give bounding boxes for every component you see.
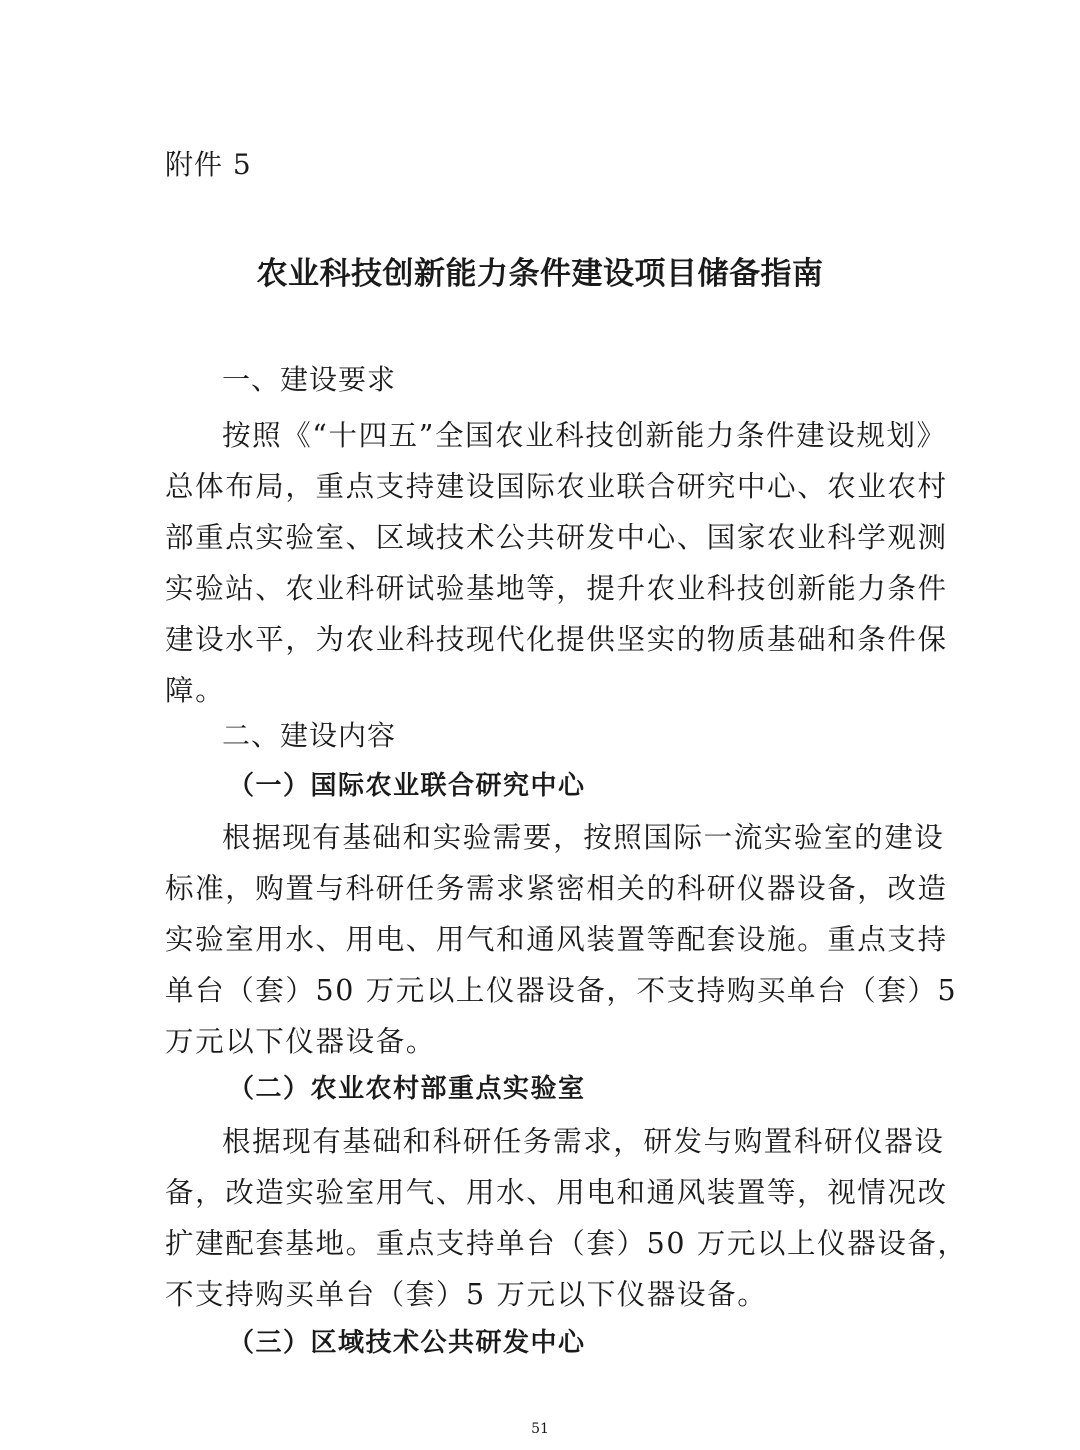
text-line: 备，改造实验室用气、用水、用电和通风装置等，视情况改: [165, 1167, 917, 1218]
document-page: 附件 5 农业科技创新能力条件建设项目储备指南 一、建设要求 按照《“十四五”全…: [0, 0, 1080, 1450]
text-line: 根据现有基础和实验需要，按照国际一流实验室的建设: [165, 812, 917, 863]
text-line: 障。: [165, 665, 917, 716]
text-line: 单台（套）50 万元以上仪器设备，不支持购买单台（套）5: [165, 965, 917, 1016]
paragraph-key-laboratory: 根据现有基础和科研任务需求，研发与购置科研仪器设 备，改造实验室用气、用水、用电…: [165, 1116, 917, 1320]
page-number: 51: [0, 1420, 1080, 1438]
document-title: 农业科技创新能力条件建设项目储备指南: [0, 252, 1080, 296]
section-heading-content: 二、建设内容: [222, 716, 396, 756]
subsection-heading-international-center: （一）国际农业联合研究中心: [228, 766, 586, 806]
text-line: 建设水平，为农业科技现代化提供坚实的物质基础和条件保: [165, 614, 917, 665]
attachment-label: 附件 5: [165, 145, 252, 185]
text-line: 实验室用水、用电、用气和通风装置等配套设施。重点支持: [165, 914, 917, 965]
text-line: 不支持购买单台（套）5 万元以下仪器设备。: [165, 1269, 917, 1320]
text-line: 部重点实验室、区域技术公共研发中心、国家农业科学观测: [165, 512, 917, 563]
paragraph-international-center: 根据现有基础和实验需要，按照国际一流实验室的建设 标准，购置与科研任务需求紧密相…: [165, 812, 917, 1067]
text-line: 标准，购置与科研任务需求紧密相关的科研仪器设备，改造: [165, 863, 917, 914]
subsection-heading-regional-center: （三）区域技术公共研发中心: [228, 1323, 586, 1363]
text-line: 根据现有基础和科研任务需求，研发与购置科研仪器设: [165, 1116, 917, 1167]
text-line: 扩建配套基地。重点支持单台（套）50 万元以上仪器设备，: [165, 1218, 917, 1269]
text-line: 总体布局，重点支持建设国际农业联合研究中心、农业农村: [165, 461, 917, 512]
text-line: 实验站、农业科研试验基地等，提升农业科技创新能力条件: [165, 563, 917, 614]
subsection-heading-key-laboratory: （二）农业农村部重点实验室: [228, 1069, 586, 1109]
text-line: 万元以下仪器设备。: [165, 1016, 917, 1067]
text-line: 按照《“十四五”全国农业科技创新能力条件建设规划》: [165, 410, 917, 461]
section-heading-requirements: 一、建设要求: [222, 360, 396, 400]
paragraph-requirements: 按照《“十四五”全国农业科技创新能力条件建设规划》 总体布局，重点支持建设国际农…: [165, 410, 917, 716]
